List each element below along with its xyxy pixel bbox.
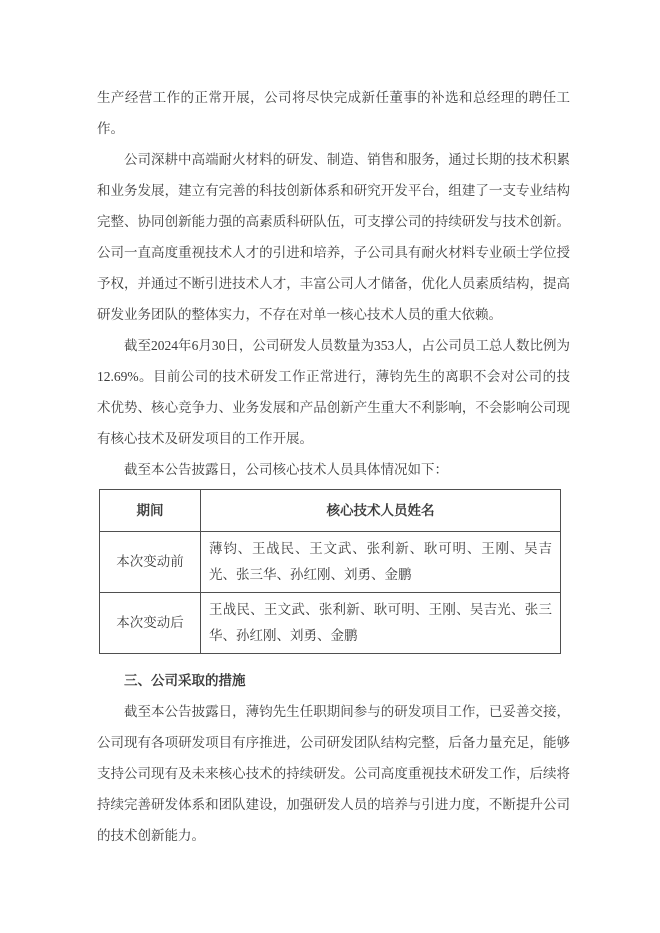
table-row-after-change: 本次变动后 王战民、王文武、张利新、耿可明、王刚、吴吉光、张三华、孙红刚、刘勇、… bbox=[100, 593, 561, 654]
paragraph-table-intro: 截至本公告披露日，公司核心技术人员具体情况如下： bbox=[97, 454, 570, 485]
document-content: 生产经营工作的正常开展，公司将尽快完成新任董事的补选和总经理的聘任工作。 公司深… bbox=[97, 82, 570, 851]
section-heading-measures: 三、公司采取的措施 bbox=[97, 665, 570, 696]
table-row-before-change: 本次变动前 薄钧、王战民、王文武、张利新、耿可明、王刚、吴吉光、张三华、孙红刚、… bbox=[100, 532, 561, 593]
paragraph-company-overview: 公司深耕中高端耐火材料的研发、制造、销售和服务，通过长期的技术积累和业务发展，建… bbox=[97, 144, 570, 330]
table-header-row: 期间 核心技术人员姓名 bbox=[100, 490, 561, 532]
table-header-names: 核心技术人员姓名 bbox=[201, 490, 561, 532]
names-after-change: 王战民、王文武、张利新、耿可明、王刚、吴吉光、张三华、孙红刚、刘勇、金鹏 bbox=[201, 593, 561, 654]
paragraph-rd-staff-stats: 截至2024年6月30日，公司研发人员数量为353人，占公司员工总人数比例为12… bbox=[97, 330, 570, 454]
paragraph-continuation: 生产经营工作的正常开展，公司将尽快完成新任董事的补选和总经理的聘任工作。 bbox=[97, 82, 570, 144]
paragraph-measures: 截至本公告披露日，薄钧先生任职期间参与的研发项目工作，已妥善交接，公司现有各项研… bbox=[97, 696, 570, 851]
names-before-change: 薄钧、王战民、王文武、张利新、耿可明、王刚、吴吉光、张三华、孙红刚、刘勇、金鹏 bbox=[201, 532, 561, 593]
period-after-change: 本次变动后 bbox=[100, 593, 201, 654]
core-tech-personnel-table: 期间 核心技术人员姓名 本次变动前 薄钧、王战民、王文武、张利新、耿可明、王刚、… bbox=[99, 489, 561, 654]
table-header-period: 期间 bbox=[100, 490, 201, 532]
period-before-change: 本次变动前 bbox=[100, 532, 201, 593]
